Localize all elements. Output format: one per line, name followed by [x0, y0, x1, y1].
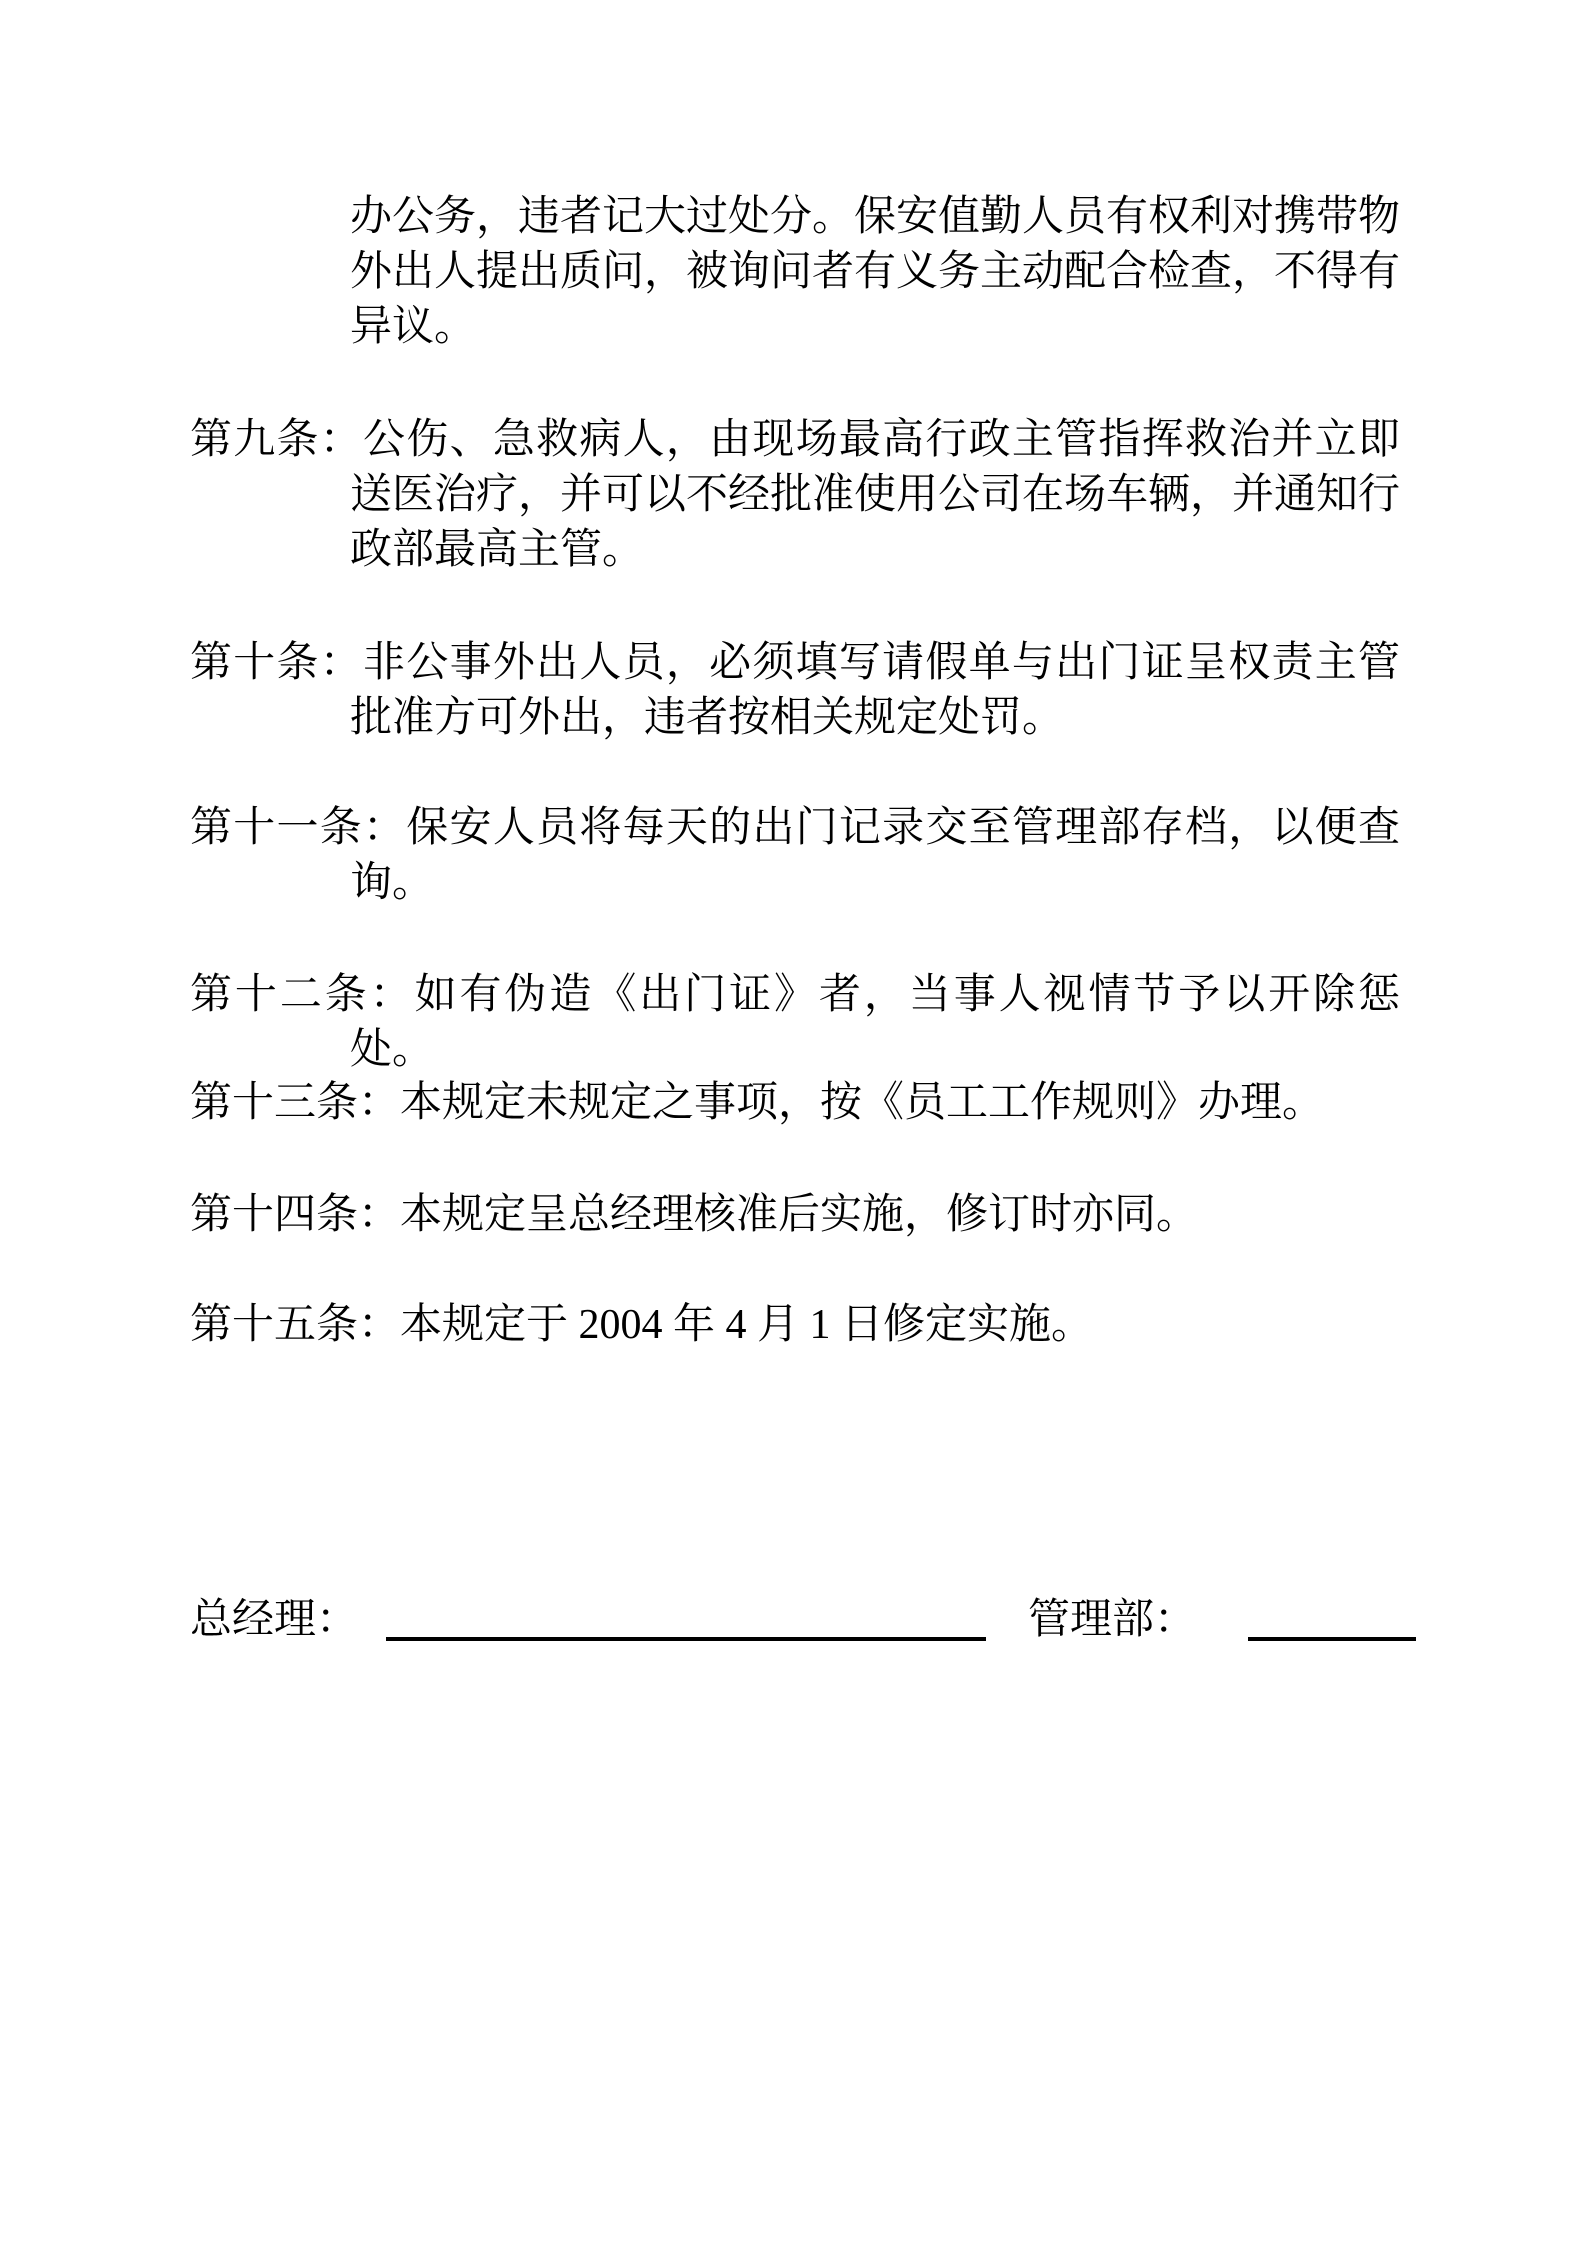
- management-dept-signature-line: [1248, 1637, 1416, 1641]
- article-13: 第十三条：本规定未规定之事项，按《员工工作规则》办理。: [190, 1076, 1400, 1131]
- article-text: 公伤、急救病人，由现场最高行政主管指挥救治并立即送医治疗，并可以不经批准使用公司…: [350, 417, 1400, 573]
- article-label: 第十四条：: [190, 1192, 400, 1238]
- general-manager-label: 总经理：: [190, 1597, 358, 1643]
- article-text: 保安人员将每天的出门记录交至管理部存档，以便查询。: [350, 805, 1400, 906]
- article-label: 第十三条：: [190, 1080, 400, 1126]
- paragraph-continuation: 办公务，违者记大过处分。保安值勤人员有权利对携带物外出人提出质问，被询问者有义务…: [350, 190, 1400, 355]
- article-11: 第十一条：保安人员将每天的出门记录交至管理部存档，以便查询。: [190, 801, 1400, 911]
- document-page: 办公务，违者记大过处分。保安值勤人员有权利对携带物外出人提出质问，被询问者有义务…: [0, 0, 1587, 2245]
- article-text: 本规定于 2004 年 4 月 1 日修定实施。: [400, 1302, 1093, 1348]
- article-15: 第十五条：本规定于 2004 年 4 月 1 日修定实施。: [190, 1298, 1400, 1353]
- article-label: 第十二条：: [190, 972, 415, 1018]
- management-dept-label: 管理部：: [1028, 1597, 1196, 1643]
- article-14: 第十四条：本规定呈总经理核准后实施，修订时亦同。: [190, 1188, 1400, 1243]
- article-label: 第十一条：: [190, 805, 406, 851]
- article-label: 第十五条：: [190, 1302, 400, 1348]
- article-text: 本规定呈总经理核准后实施，修订时亦同。: [400, 1192, 1198, 1238]
- article-text: 非公事外出人员，必须填写请假单与出门证呈权责主管批准方可外出，违者按相关规定处罚…: [350, 640, 1400, 741]
- article-label: 第九条：: [190, 417, 363, 463]
- article-12: 第十二条：如有伪造《出门证》者，当事人视情节予以开除惩处。: [190, 968, 1400, 1078]
- signature-section: 总经理：管理部：: [190, 1593, 1490, 1648]
- article-text: 本规定未规定之事项，按《员工工作规则》办理。: [400, 1080, 1324, 1126]
- article-text: 如有伪造《出门证》者，当事人视情节予以开除惩处。: [350, 972, 1400, 1073]
- article-9: 第九条：公伤、急救病人，由现场最高行政主管指挥救治并立即送医治疗，并可以不经批准…: [190, 413, 1400, 578]
- article-label: 第十条：: [190, 640, 363, 686]
- article-10: 第十条：非公事外出人员，必须填写请假单与出门证呈权责主管批准方可外出，违者按相关…: [190, 636, 1400, 746]
- general-manager-signature-line: [386, 1637, 986, 1641]
